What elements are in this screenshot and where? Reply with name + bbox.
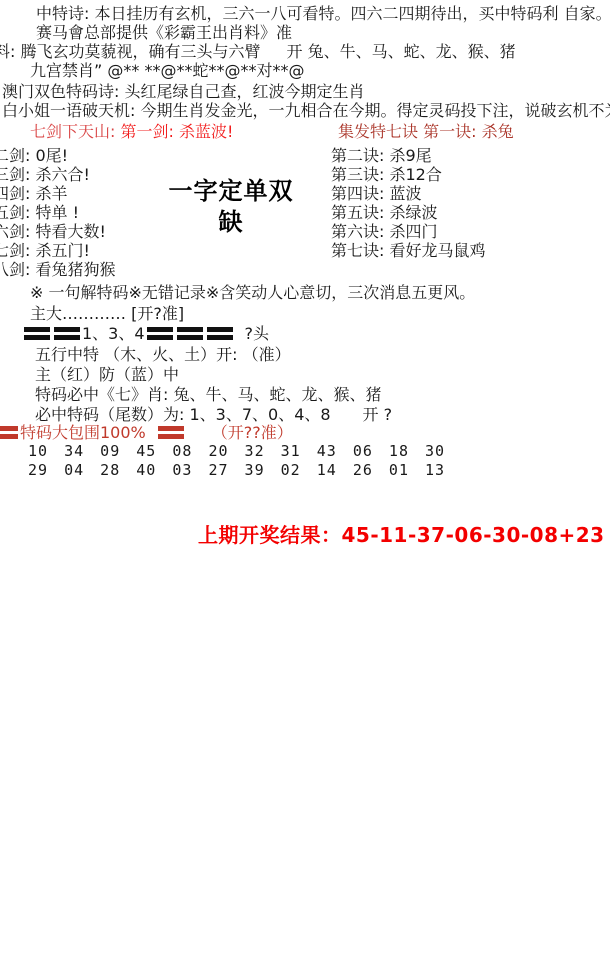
sword-item: 八剑: 看兔猪狗猴 xyxy=(0,260,115,279)
seven-swords-header: 七剑下天山: 第一剑: 杀蓝波! xyxy=(30,122,233,141)
surround-note: （开??准） xyxy=(212,423,293,442)
sword-item: 六剑: 特看大数! xyxy=(0,222,106,241)
jue-item: 第六诀: 杀四门 xyxy=(331,222,437,241)
black-bar xyxy=(177,327,203,340)
seven-swords-title: 七剑下天山: xyxy=(30,122,115,141)
black-bar xyxy=(54,327,80,340)
sword-item: 五剑: 特单 ! xyxy=(0,203,79,222)
sword-item: 四剑: 杀羊 xyxy=(0,184,67,203)
tengfei-open-animals: 开 兔、牛、马、蛇、龙、猴、猪 xyxy=(286,42,515,61)
black-bar xyxy=(147,327,173,340)
zhufang-line: 主（红）防（蓝）中 xyxy=(35,365,179,384)
surround-numbers-row1: 10 34 09 45 08 20 32 31 43 06 18 30 xyxy=(28,442,445,461)
tengfei-text: 料: 腾飞玄功莫藐视，确有三头与六臂 xyxy=(0,42,260,61)
lottery-tip-sheet: 中特诗: 本日挂历有玄机，三六一八可看特。四六二四期待出，买中特码利 自家。 赛… xyxy=(0,0,610,973)
surround-label: 特码大包围100% xyxy=(20,423,146,442)
head-suffix: ?头 xyxy=(245,324,270,343)
last-draw-result: 上期开奖结果：45-11-37-06-30-08+23 xyxy=(198,526,605,545)
baixiaojie-line: 白小姐一语破天机: 今期生肖发金光，一九相合在今期。得定灵码投下注，说破玄机不为… xyxy=(2,101,610,120)
seven-jue-header: 集发特七诀 第一诀: 杀兔 xyxy=(338,122,514,141)
black-bar xyxy=(207,327,233,340)
jue-item: 第七诀: 看好龙马鼠鸡 xyxy=(331,241,485,260)
wuxing-line: 五行中特 （木、火、土）开: （准） xyxy=(35,345,291,364)
last-draw-numbers: 45-11-37-06-30-08+23 xyxy=(342,523,605,547)
center-banner: 一字定单双 缺 xyxy=(166,176,296,238)
jue-item: 第四诀: 蓝波 xyxy=(331,184,421,203)
sword-item: 二剑: 0尾! xyxy=(0,146,68,165)
banner-line2: 缺 xyxy=(166,207,296,238)
red-bar xyxy=(158,426,184,439)
jue-item: 第五诀: 杀绿波 xyxy=(331,203,437,222)
tengfei-line: 料: 腾飞玄功莫藐视，确有三头与六臂开 兔、牛、马、蛇、龙、猴、猪 xyxy=(0,42,516,61)
sword-item: 七剑: 杀五门! xyxy=(0,241,90,260)
black-bar xyxy=(24,327,50,340)
bizhong-xiao-line: 特码必中《七》肖: 兔、牛、马、蛇、龙、猴、猪 xyxy=(35,385,381,404)
sword-item: 三剑: 杀六合! xyxy=(0,165,90,184)
seven-swords-first: 第一剑: 杀蓝波! xyxy=(121,122,234,141)
jue-item: 第二诀: 杀9尾 xyxy=(331,146,432,165)
jiugong-line: 九宫禁肖” @** **@**蛇**@**对**@ xyxy=(30,61,304,80)
bizhong-wei-line: 必中特码（尾数）为: 1、3、7、0、4、8 开 ? xyxy=(35,405,392,424)
jietema-line: ※ 一句解特码※无错记录※含笑动人心意切，三次消息五更风。 xyxy=(30,283,475,302)
red-bar xyxy=(0,426,18,439)
head-numbers: 1、3、4 xyxy=(82,324,145,343)
head-bars-line: 1、3、4?头 xyxy=(22,324,269,343)
jue-item: 第三诀: 杀12合 xyxy=(331,165,442,184)
last-draw-label: 上期开奖结果： xyxy=(198,523,342,547)
jockey-club-line: 赛马會总部提供《彩霸王出肖料》准 xyxy=(36,23,292,42)
banner-line1: 一字定单双 xyxy=(166,176,296,207)
surround-line: 特码大包围100%（开??准） xyxy=(0,423,293,442)
macau-poem-line: 澳门双色特码诗: 头红尾绿自己查，红波今期定生肖 xyxy=(2,82,364,101)
special-poem-line: 中特诗: 本日挂历有玄机，三六一八可看特。四六二四期待出，买中特码利 自家。 xyxy=(36,4,610,23)
zhuda-line: 主大………… [开?准] xyxy=(30,304,184,323)
surround-numbers-row2: 29 04 28 40 03 27 39 02 14 26 01 13 xyxy=(28,461,445,480)
